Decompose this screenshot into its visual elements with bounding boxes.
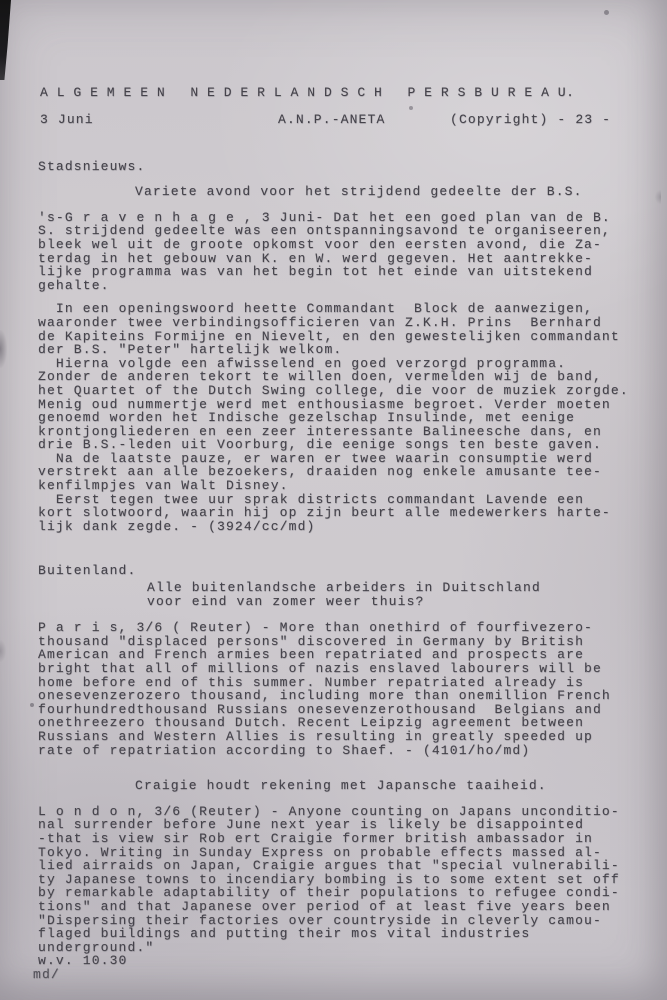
section-label-buitenland: Buitenland. [38, 564, 644, 578]
copyright-page-number: (Copyright) - 23 - [450, 113, 611, 127]
article-paragraph-london: L o n d o n, 3/6 (Reuter) - Anyone count… [38, 805, 644, 955]
scan-smudge [0, 640, 6, 662]
agency-abbreviation: A.N.P.-ANETA [278, 113, 385, 127]
issue-line: 3 Juni A.N.P.-ANETA (Copyright) - 23 - [38, 113, 644, 127]
headline-craigie-japan: Craigie houdt rekening met Japansche taa… [135, 779, 644, 793]
article-paragraph: 's-G r a v e n h a g e , 3 Juni- Dat het… [38, 211, 644, 293]
scan-smudge [655, 190, 661, 204]
agency-masthead: A L G E M E E N N E D E R L A N D S C H … [40, 86, 644, 100]
document-content: A L G E M E E N N E D E R L A N D S C H … [38, 86, 644, 981]
headline-variete-avond: Variete avond voor het strijdend gedeelt… [135, 185, 644, 199]
article-paragraph-paris: P a r i s, 3/6 ( Reuter) - More than one… [38, 621, 644, 757]
article-paragraph: In een openingswoord heette Commandant B… [38, 302, 644, 356]
headline-arbeiders-duitschland: Alle buitenlandsche arbeiders in Duitsch… [147, 581, 644, 608]
scan-speck [604, 10, 609, 15]
scan-speck [30, 703, 34, 707]
article-paragraph: Hierna volgde een afwisselend en goed ve… [38, 357, 644, 452]
article-paragraph-with-signoff: Eerst tegen twee uur sprak districts com… [38, 493, 644, 534]
issue-date: 3 Juni [40, 113, 94, 127]
scan-artifact-corner [0, 0, 11, 80]
scan-smudge [0, 330, 7, 368]
article-paragraph: Na de laatste pauze, er waren er twee wa… [38, 452, 644, 493]
signoff-time: w.v. 10.30 [38, 954, 644, 968]
signoff-initials: md/ [33, 968, 644, 982]
scanned-press-bulletin-page: A L G E M E E N N E D E R L A N D S C H … [0, 0, 667, 1000]
section-label-stadsnieuws: Stadsnieuws. [38, 160, 644, 174]
